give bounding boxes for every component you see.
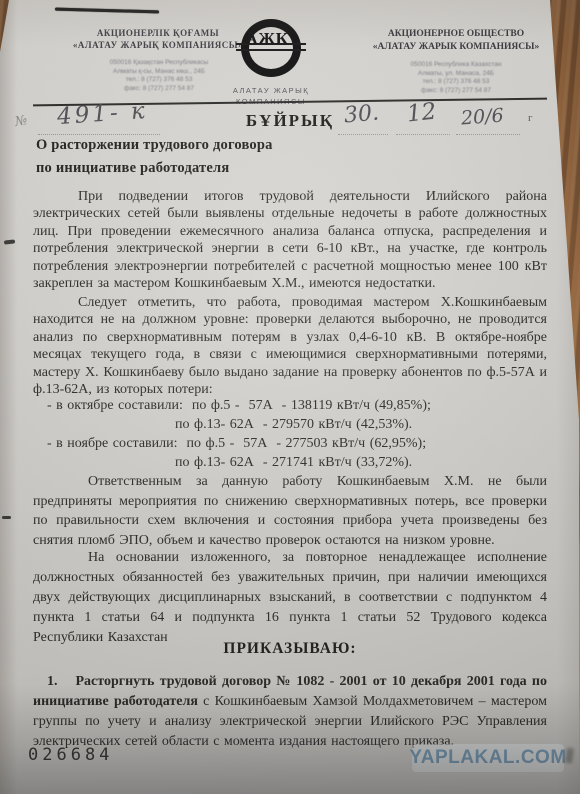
resolution-heading: ПРИКАЗЫВАЮ: xyxy=(33,640,547,658)
paper-sheet: АКЦИОНЕРЛІК ҚОҒАМЫ «АЛАТАУ ЖАРЫҚ КОМПАНИ… xyxy=(0,0,580,794)
loss-line-november-2: по ф.13- 62А - 271741 кВт/ч (33,72%). xyxy=(33,453,580,472)
paragraph-findings: Следует отметить, что работа, проводимая… xyxy=(33,294,547,398)
date-month-handwritten: 12 xyxy=(406,99,438,128)
loss-line-november: - в ноябре составили: по ф.5 - 57А - 277… xyxy=(33,434,561,453)
date-day-handwritten: 30. xyxy=(343,101,380,129)
date-year-suffix: г xyxy=(528,112,533,124)
address-line: факс: 8 (727) 277 54 87 xyxy=(372,87,540,96)
logo-caption-line1: АЛАТАУ ЖАРЫҚ xyxy=(196,85,346,96)
address-line: 050016 Қазақстан Республикасы xyxy=(85,59,233,68)
paragraph-intro: При подведении итогов трудовой деятельно… xyxy=(33,188,547,292)
document-photo: АКЦИОНЕРЛІК ҚОҒАМЫ «АЛАТАУ ЖАРЫҚ КОМПАНИ… xyxy=(0,0,580,794)
logo-line-icon xyxy=(236,49,306,51)
company-logo: АЖК xyxy=(236,16,306,82)
address-line: Алматы, ул. Манаса, 24Б xyxy=(372,70,540,79)
org-name-russian: АКЦИОНЕРНОЕ ОБЩЕСТВО «АЛАТАУ ЖАРЫК КОМПА… xyxy=(352,28,560,54)
subject-line1: О расторжении трудового договора xyxy=(36,137,273,154)
loss-line-october: - в октябре составили: по ф.5 - 57А - 13… xyxy=(33,396,561,415)
watermark-badge: YAPLAKAL.COM xyxy=(412,744,564,772)
watermark-text: YAPLAKAL.COM xyxy=(409,747,566,769)
org-name-kazakh: АКЦИОНЕРЛІК ҚОҒАМЫ «АЛАТАУ ЖАРЫҚ КОМПАНИ… xyxy=(62,27,254,51)
address-line: Алматы қ-сы, Манас көш., 24Б xyxy=(85,68,233,77)
form-serial-number: 026684 xyxy=(28,745,113,765)
address-line: тел.: 8 (727) 376 48 53 xyxy=(85,76,233,85)
subject-line2: по инициативе работодателя xyxy=(36,160,229,177)
org-left-line1: АКЦИОНЕРЛІК ҚОҒАМЫ xyxy=(62,27,254,39)
order-number-label: № xyxy=(14,113,29,130)
pen-mark xyxy=(55,8,159,14)
org-right-line2: «АЛАТАУ ЖАРЫК КОМПАНИЯСЫ» xyxy=(352,41,560,54)
paragraph-legal-basis: На основании изложенного, за повторное н… xyxy=(33,548,547,648)
org-left-line2: «АЛАТАУ ЖАРЫҚ КОМПАНИЯСЫ» xyxy=(62,39,254,51)
paper-smudge xyxy=(565,748,574,764)
address-line: тел.: 8 (727) 376 48 53 xyxy=(372,78,540,87)
org-address-russian: 050016 Республика Казахстан Алматы, ул. … xyxy=(372,61,540,95)
margin-mark xyxy=(2,516,11,519)
logo-monogram: АЖК xyxy=(244,29,290,49)
date-year-handwritten: 20/6 xyxy=(460,105,504,130)
loss-line-october-2: по ф.13- 62А - 279570 кВт/ч (42,53%). xyxy=(33,415,580,434)
address-line: 050016 Республика Казахстан xyxy=(372,61,540,70)
margin-mark xyxy=(4,239,15,244)
order-item-1: 1.Расторгнуть трудовой договор № 1082 - … xyxy=(33,672,547,752)
org-right-line1: АКЦИОНЕРНОЕ ОБЩЕСТВО xyxy=(352,28,560,41)
order-item-number: 1. xyxy=(47,674,58,689)
paragraph-responsibility: Ответственным за данную работу Кошкинбае… xyxy=(33,472,547,550)
